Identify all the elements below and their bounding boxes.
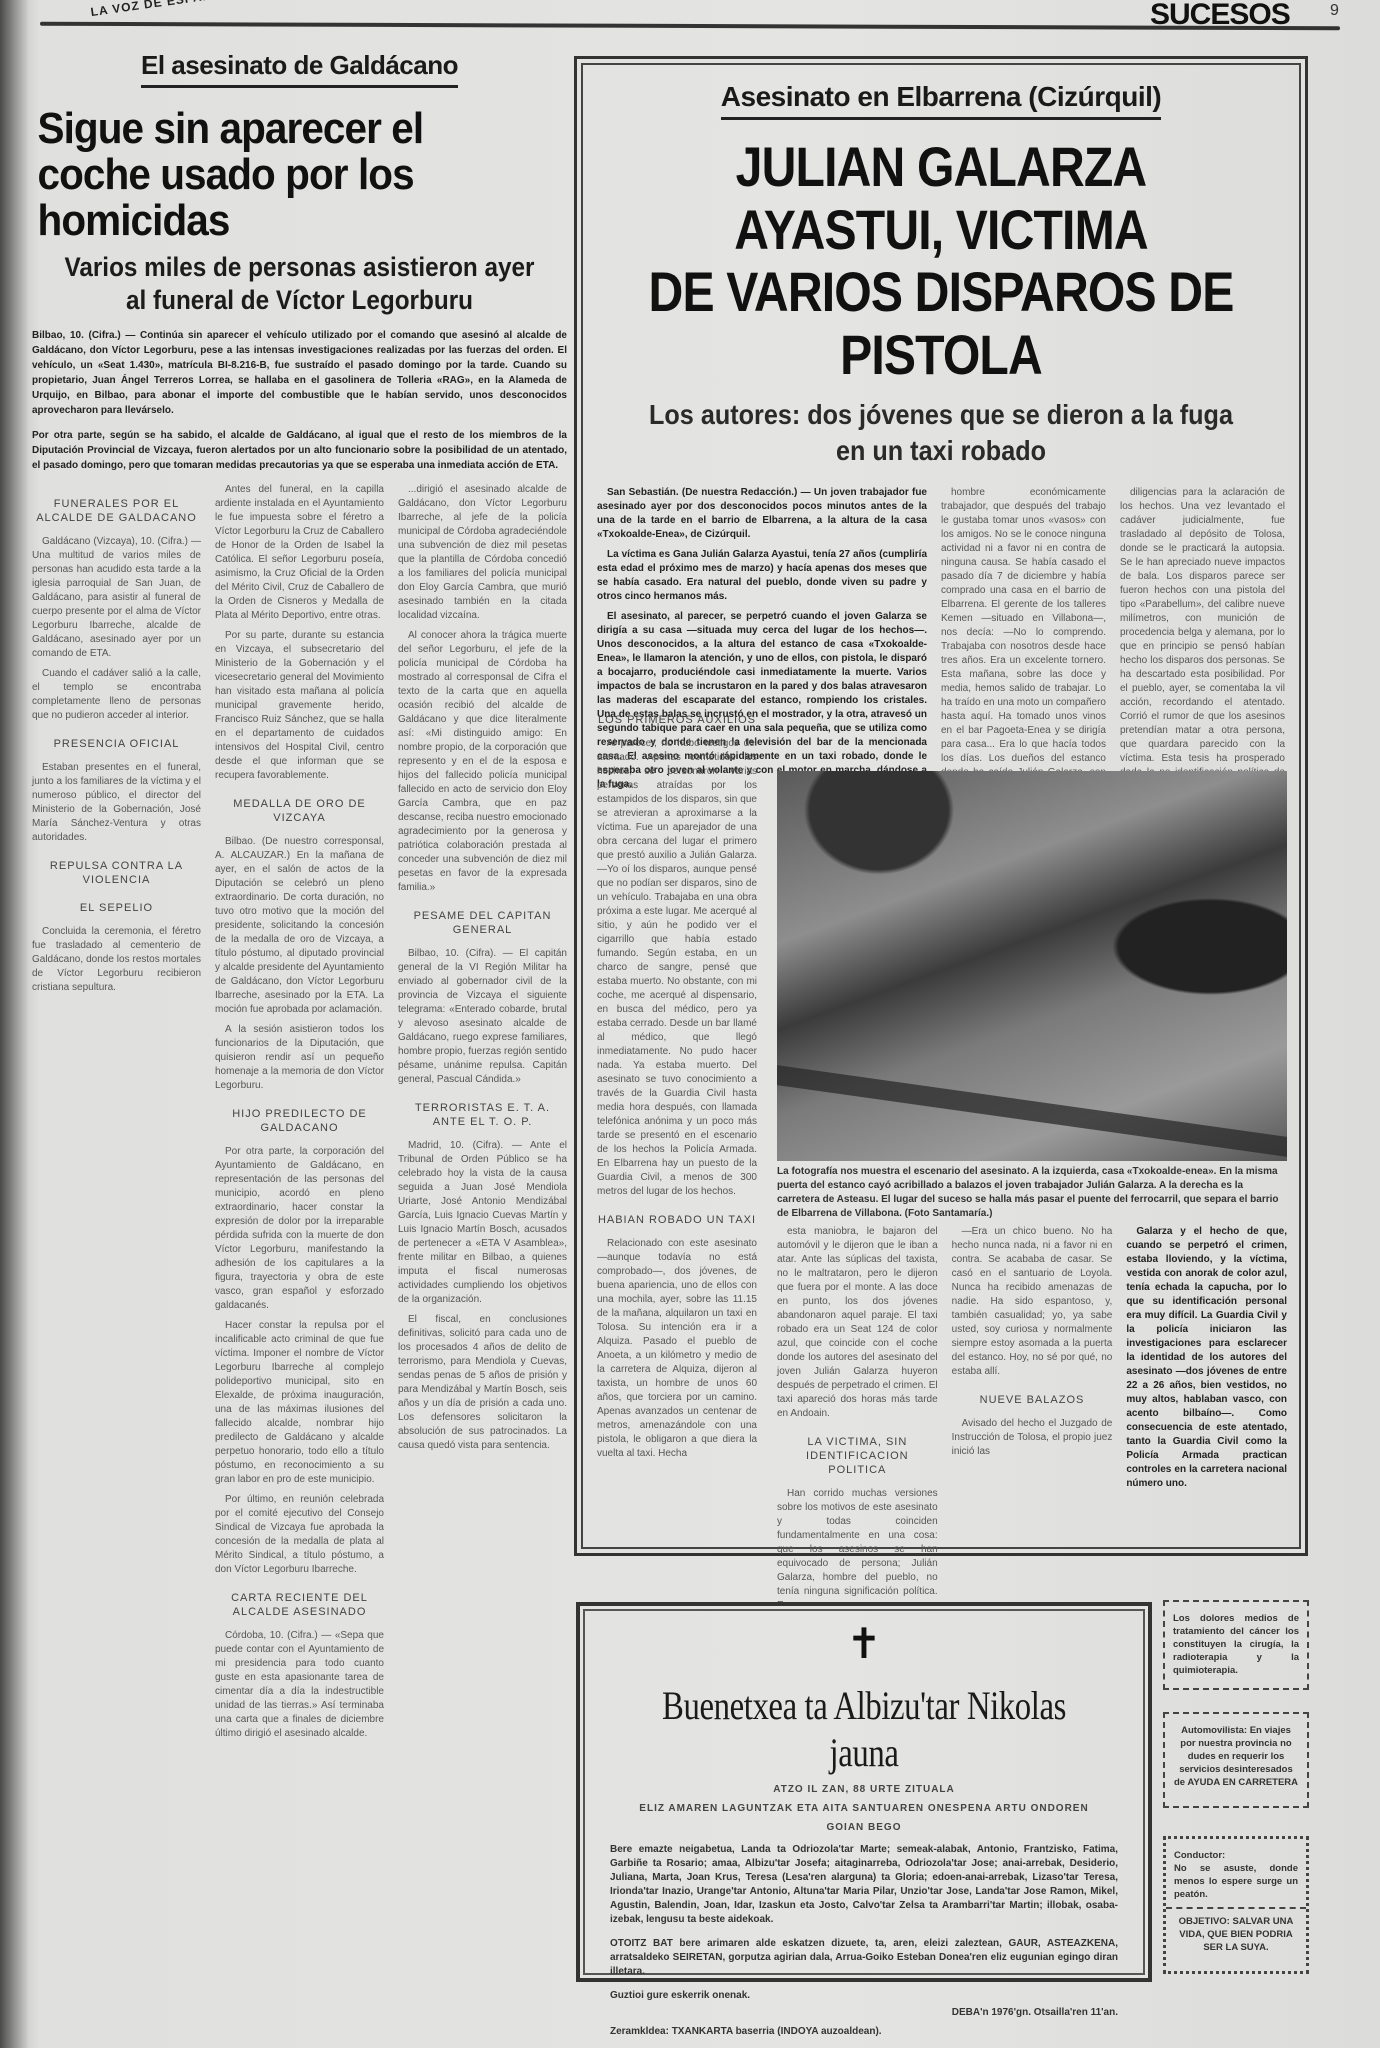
paragraph: Por su parte, durante su estancia en Viz… [215, 629, 384, 783]
paragraph: Galdácano (Vizcaya), 10. (Cifra.) — Una … [32, 535, 201, 661]
paragraph: ...dirigió el asesinado alcalde de Galdá… [398, 483, 567, 623]
paragraph: Córdoba, 10. (Cifra.) — «Sepa que puede … [215, 1629, 384, 1741]
obituary-line-3: GOIAN BEGO [610, 1822, 1118, 1833]
obituary-footer: Zeramkldea: TXANKARTA baserria (INDOYA a… [610, 2026, 1118, 2037]
paragraph: Al conocer ahora la trágica muerte del s… [398, 629, 567, 895]
obituary-body: Bere emazte neigabetua, Landa ta Odriozo… [610, 1843, 1118, 1927]
left-article: El asesinato de Galdácano Sigue sin apar… [32, 50, 567, 1747]
paragraph: diligencias para la aclaración de los he… [1120, 486, 1285, 794]
obituary-line-1: ATZO IL ZAN, 88 URTE ZITUALA [610, 1784, 1118, 1795]
subhead: LA VICTIMA, SIN IDENTIFICACION POLITICA [777, 1435, 938, 1477]
obituary-signature: DEBA'n 1976'gn. Otsailla'ren 11'an. [610, 2007, 1118, 2018]
paragraph: Galarza y el hecho de que, cuando se per… [1126, 1225, 1287, 1491]
box-text: Automovilista: En viajes por nuestra pro… [1174, 1725, 1298, 1788]
left-headline: Sigue sin aparecer el coche usado por lo… [32, 106, 524, 245]
obituary-body-2: OTOITZ BAT bere arimaren alde eskatzen d… [610, 1937, 1118, 1979]
subhead: REPULSA CONTRA LA VIOLENCIA [32, 859, 201, 887]
right-columns-bottom: esta maniobra, le bajaron del automóvil … [777, 1225, 1287, 1619]
box-heading: Conductor: [1174, 1849, 1298, 1862]
photo-railing [777, 1065, 1287, 1157]
cancer-notice-box: Los dolores medios de tratamiento del cá… [1163, 1600, 1309, 1690]
subhead: TERRORISTAS E. T. A. ANTE EL T. O. P. [398, 1101, 567, 1129]
paragraph: Por último, en reunión celebrada por el … [215, 1493, 384, 1577]
paragraph: esta maniobra, le bajaron del automóvil … [777, 1225, 938, 1421]
paragraph: —Era un chico bueno. No ha hecho nunca n… [952, 1225, 1113, 1379]
box-divider [1166, 1907, 1306, 1909]
paragraph: Al parecer, no hubo testigos del atentad… [597, 737, 757, 1199]
box-text: No se asuste, donde menos lo espere surg… [1174, 1862, 1298, 1901]
paragraph: El fiscal, en conclusiones definitivas, … [398, 1313, 567, 1453]
subhead: LOS PRIMEROS AUXILIOS [597, 713, 757, 727]
right-deck: Los autores: dos jóvenes que se dieron a… [631, 397, 1250, 470]
right-headline: JULIAN GALARZA AYASTUI, VICTIMA DE VARIO… [645, 136, 1237, 387]
left-col-3: ...dirigió el asesinado alcalde de Galdá… [398, 483, 567, 1747]
obituary-name: Buenetxea ta Albizu'tar Nikolas jauna [656, 1682, 1073, 1776]
right-lower-col-2: —Era un chico bueno. No ha hecho nunca n… [952, 1225, 1113, 1619]
left-lead: Bilbao, 10. (Cifra.) — Continúa sin apar… [32, 328, 567, 418]
driver-safety-box: Conductor: No se asuste, donde menos lo … [1163, 1836, 1309, 1974]
right-lower-col-1: esta maniobra, le bajaron del automóvil … [777, 1225, 938, 1619]
subhead: PRESENCIA OFICIAL [32, 737, 201, 751]
road-help-box: Automovilista: En viajes por nuestra pro… [1163, 1712, 1309, 1808]
subhead: CARTA RECIENTE DEL ALCALDE ASESINADO [215, 1591, 384, 1619]
paragraph: Antes del funeral, en la capilla ardient… [215, 483, 384, 623]
right-lower-col-3: Galarza y el hecho de que, cuando se per… [1126, 1225, 1287, 1619]
left-columns: FUNERALES POR EL ALCALDE DE GALDACANO Ga… [32, 483, 567, 1747]
newspaper-page: LA VOZ DE ESPAÑA SUCESOS 9 El asesinato … [0, 0, 1380, 2048]
paragraph: Bilbao. (De nuestro corresponsal, A. ALC… [215, 835, 384, 1017]
paragraph: San Sebastián. (De nuestra Redacción.) —… [597, 486, 927, 542]
cross-icon: ✝ [610, 1624, 1118, 1664]
subhead: HIJO PREDILECTO DE GALDACANO [215, 1107, 384, 1135]
paragraph: Bilbao, 10. (Cifra). — El capitán genera… [398, 947, 567, 1087]
page-number: 9 [1330, 2, 1339, 20]
subhead: EL SEPELIO [32, 901, 201, 915]
left-kicker: El asesinato de Galdácano [141, 50, 458, 88]
subhead: FUNERALES POR EL ALCALDE DE GALDACANO [32, 497, 201, 525]
box-footer: OBJETIVO: SALVAR UNA VIDA, QUE BIEN PODR… [1174, 1915, 1298, 1954]
right-article: Asesinato en Elbarrena (Cizúrquil) JULIA… [574, 56, 1308, 1556]
paragraph: Estaban presentes en el funeral, junto a… [32, 761, 201, 845]
paragraph: Concluida la ceremonia, el féretro fue t… [32, 925, 201, 995]
right-col-primeros: LOS PRIMEROS AUXILIOS Al parecer, no hub… [597, 699, 757, 1467]
left-col-2: Antes del funeral, en la capilla ardient… [215, 483, 384, 1747]
photo-caption: La fotografía nos muestra el escenario d… [777, 1165, 1287, 1221]
paragraph: Han corrido muchas versiones sobre los m… [777, 1487, 938, 1613]
paragraph: Madrid, 10. (Cifra). — Ante el Tribunal … [398, 1139, 567, 1307]
paper-name: LA VOZ DE ESPAÑA [90, 0, 223, 19]
paragraph: Relacionado con este asesinato —aunque t… [597, 1237, 757, 1461]
right-kicker: Asesinato en Elbarrena (Cizúrquil) [721, 81, 1161, 120]
paragraph: La víctima es Gana Julián Galarza Ayastu… [597, 548, 927, 604]
book-spine-shadow [0, 0, 28, 2048]
obituary-line-2: ELIZ AMAREN LAGUNTZAK ETA AITA SANTUAREN… [610, 1803, 1118, 1814]
left-lead-2: Por otra parte, según se ha sabido, el a… [32, 428, 567, 473]
crime-scene-photo [777, 771, 1287, 1161]
paragraph: Por otra parte, la corporación del Ayunt… [215, 1145, 384, 1313]
subhead: NUEVE BALAZOS [952, 1393, 1113, 1407]
subhead: MEDALLA DE ORO DE VIZCAYA [215, 797, 384, 825]
headline-line-2: DE VARIOS DISPAROS DE PISTOLA [645, 261, 1237, 386]
paragraph: A la sesión asistieron todos los funcion… [215, 1023, 384, 1093]
left-deck: Varios miles de personas asistieron ayer… [59, 251, 541, 319]
box-text: Los dolores medios de tratamiento del cá… [1173, 1613, 1299, 1676]
paragraph: Cuando el cadáver salió a la calle, el t… [32, 667, 201, 723]
left-col-1: FUNERALES POR EL ALCALDE DE GALDACANO Ga… [32, 483, 201, 1747]
headline-line-1: JULIAN GALARZA AYASTUI, VICTIMA [645, 136, 1237, 261]
paragraph: Hacer constar la repulsa por el incalifi… [215, 1319, 384, 1487]
subhead: PESAME DEL CAPITAN GENERAL [398, 909, 567, 937]
paragraph: Avisado del hecho el Juzgado de Instrucc… [952, 1417, 1113, 1459]
obituary-body-3: Guztioi gure eskerrik onenak. [610, 1989, 1118, 2003]
obituary-notice: ✝ Buenetxea ta Albizu'tar Nikolas jauna … [576, 1602, 1152, 1982]
subhead: HABIAN ROBADO UN TAXI [597, 1213, 757, 1227]
